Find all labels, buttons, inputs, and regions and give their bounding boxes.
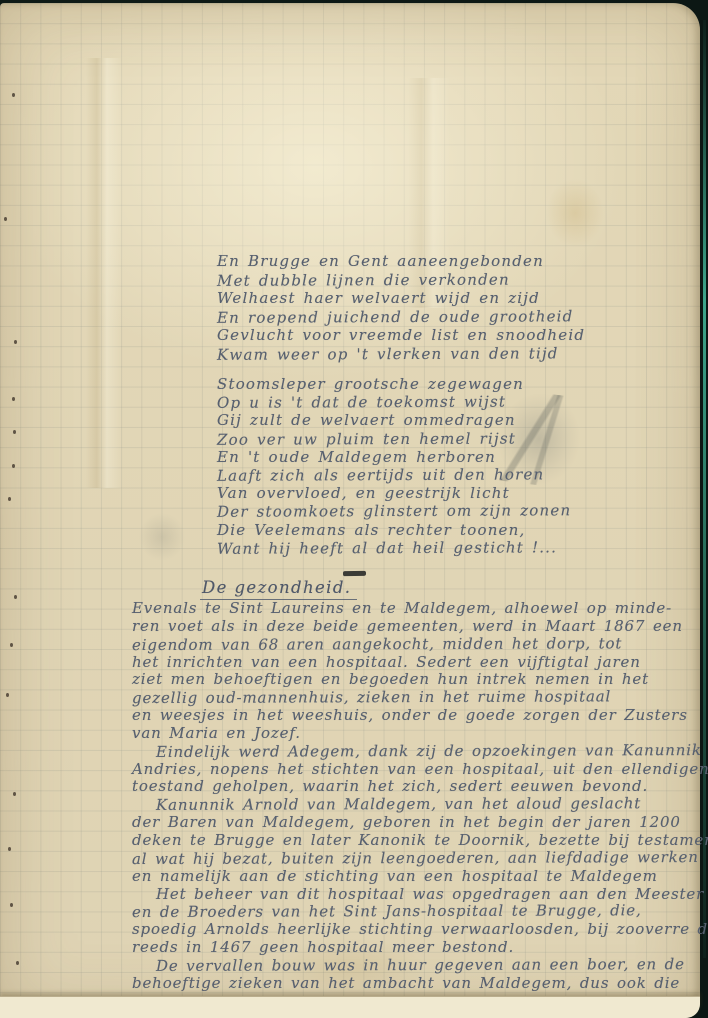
poem-line: Stoomsleper grootsche zegewagen: [217, 375, 571, 393]
prose-line: eigendom van 68 aren aangekocht, midden …: [132, 635, 707, 655]
paper-stain: [538, 169, 612, 257]
prose-line: Eindelijk werd Adegem, dank zij de opzoe…: [132, 742, 707, 762]
prose-line: en namelijk aan de stichting van een hos…: [132, 868, 707, 886]
paper-crease: [86, 58, 122, 488]
paper-speck: [14, 340, 17, 344]
paper-speck: [14, 595, 17, 599]
prose-line: spoedig Arnolds heerlijke stichting verw…: [132, 921, 707, 939]
paper-speck: [12, 464, 15, 468]
prose-line: behoeftige zieken van het ambacht van Ma…: [132, 975, 707, 993]
poem-line: En Brugge en Gent aaneengebonden: [217, 252, 585, 271]
paper-speck: [4, 217, 7, 221]
poem-stanza-2: Stoomsleper grootsche zegewagen Op u is …: [217, 375, 571, 557]
paper-speck: [16, 961, 19, 965]
poem-line: Gij zult de welvaert ommedragen: [217, 411, 571, 429]
prose-line: der Baren van Maldegem, geboren in het b…: [132, 814, 707, 832]
prose-line: al wat hij bezat, buiten zijn leengoeder…: [132, 849, 707, 869]
poem-line: Gevlucht voor vreemde list en snoodheid: [217, 326, 585, 345]
poem-line: En 't oude Maldegem herboren: [217, 448, 571, 466]
poem-line: Met dubble lijnen die verkonden: [217, 270, 585, 290]
paper-speck: [8, 847, 11, 851]
prose-line: Andries, nopens het stichten van een hos…: [132, 761, 707, 779]
underlying-page-edge: [0, 996, 700, 1018]
paper-speck: [12, 397, 15, 401]
prose-line: het inrichten van een hospitaal. Sedert …: [132, 654, 707, 672]
pencil-smudge: [131, 505, 193, 569]
poem-line: En roepend juichend de oude grootheid: [217, 307, 585, 327]
paper-speck: [13, 792, 16, 796]
poem-stanza-1: En Brugge en Gent aaneengebonden Met dub…: [217, 252, 585, 364]
section-heading: De gezondheid.: [200, 578, 357, 600]
prose-line: gezellig oud-mannenhuis, zieken in het r…: [132, 688, 707, 708]
paper-speck: [6, 693, 9, 697]
prose-line: en weesjes in het weeshuis, onder de goe…: [132, 707, 707, 725]
scanned-page: En Brugge en Gent aaneengebonden Met dub…: [0, 0, 708, 1018]
prose-line: en de Broeders van het Sint Jans-hospita…: [132, 902, 707, 922]
prose-line: deken te Brugge en later Kanonik te Door…: [132, 832, 707, 850]
prose-line: van Maria en Jozef.: [132, 725, 707, 743]
paper-speck: [12, 93, 15, 97]
notebook-paper: En Brugge en Gent aaneengebonden Met dub…: [0, 3, 700, 1018]
poem-line: Op u is 't dat de toekomst wijst: [217, 392, 571, 412]
prose-line: De vervallen bouw was in huur gegeven aa…: [132, 956, 707, 976]
prose-line: ziet men behoeftigen en begoeden hun int…: [132, 671, 707, 689]
paper-speck: [10, 903, 13, 907]
paper-speck: [13, 430, 16, 434]
section-divider-mark: [343, 571, 366, 576]
prose-line: ren voet als in deze beide gemeenten, we…: [132, 618, 707, 636]
paper-speck: [10, 643, 13, 647]
poem-line: Laaft zich als eertijds uit den horen: [217, 465, 571, 485]
poem-line: Zoo ver uw pluim ten hemel rijst: [217, 429, 571, 449]
prose-line: Evenals te Sint Laureins en te Maldegem,…: [132, 600, 707, 618]
paper-speck: [8, 497, 11, 501]
poem-line: Der stoomkoets glinstert om zijn zonen: [217, 502, 571, 522]
prose-line: Kanunnik Arnold van Maldegem, van het al…: [132, 795, 707, 815]
prose-line: reeds in 1467 geen hospitaal meer beston…: [132, 939, 707, 957]
poem-line: Van overvloed, en geestrijk licht: [217, 484, 571, 502]
prose-block: Evenals te Sint Laureins en te Maldegem,…: [132, 600, 707, 993]
poem-line: Want hij heeft al dat heil gesticht !...: [217, 538, 571, 558]
poem-line: Kwam weer op 't vlerken van den tijd: [217, 344, 585, 364]
poem-line: Welhaest haer welvaert wijd en zijd: [217, 289, 585, 308]
poem-line: Die Veelemans als rechter toonen,: [217, 521, 571, 539]
